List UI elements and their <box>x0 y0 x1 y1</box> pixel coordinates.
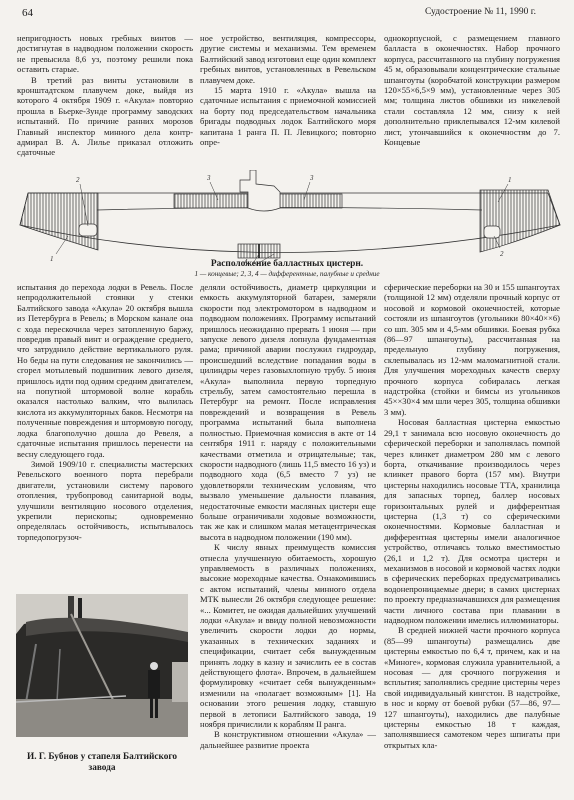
paragraph: В средней нижней части прочного корпуса … <box>384 625 560 750</box>
figure-label: 2 <box>76 176 80 184</box>
paragraph: деляли остойчивость, диаметр циркуляции … <box>200 282 376 542</box>
column-3-bottom: сферические переборки на 30 и 155 шпанго… <box>384 282 560 750</box>
column-3-top: однокорпусной, с размещением главного ба… <box>384 33 560 147</box>
running-head: Судостроение № 11, 1990 г. <box>425 7 536 17</box>
figure-legend: 1 — концевые; 2, 3, 4 — дифферентные, па… <box>0 270 574 278</box>
figure-title: Расположение балластных цистерн. <box>0 259 574 269</box>
figure-caption: Расположение балластных цистерн. 1 — кон… <box>0 259 574 278</box>
paragraph: Носовая балластная цистерна емкостью 29,… <box>384 417 560 625</box>
paragraph: В третий раз винты установили в кронштад… <box>17 75 193 158</box>
paragraph: сферические переборки на 30 и 155 шпанго… <box>384 282 560 417</box>
figure-label: 1 <box>508 176 512 184</box>
paragraph: В конструктивном отношении «Акула» — дал… <box>200 729 376 750</box>
paragraph: непригодность новых гребных винтов — дос… <box>17 33 193 75</box>
photo-caption: И. Г. Бубнов у стапеля Балтийского завод… <box>16 752 188 774</box>
column-1-bottom: испытания до перехода лодки в Ревель. По… <box>17 282 193 542</box>
paragraph: однокорпусной, с размещением главного ба… <box>384 33 560 147</box>
paragraph: Зимой 1909/10 г. специалисты мастерских … <box>17 459 193 542</box>
figure-label: 3 <box>206 174 211 182</box>
paragraph: 15 марта 1910 г. «Акула» вышла на сдаточ… <box>200 85 376 147</box>
figure-label: 2 <box>500 250 504 258</box>
page-number: 64 <box>22 7 33 19</box>
paragraph: ное устройство, вентиляция, компрессоры,… <box>200 33 376 85</box>
paragraph: К числу явных преимуществ комиссия отнес… <box>200 542 376 729</box>
figure-label: 3 <box>309 174 314 182</box>
column-2-top: ное устройство, вентиляция, компрессоры,… <box>200 33 376 147</box>
column-2-bottom: деляли остойчивость, диаметр циркуляции … <box>200 282 376 750</box>
column-1-top: непригодность новых гребных винтов — дос… <box>17 33 193 158</box>
paragraph: испытания до перехода лодки в Ревель. По… <box>17 282 193 459</box>
historical-photo <box>16 594 188 737</box>
ballast-tanks-diagram: 2 1 3 3 1 2 4 <box>12 170 564 265</box>
